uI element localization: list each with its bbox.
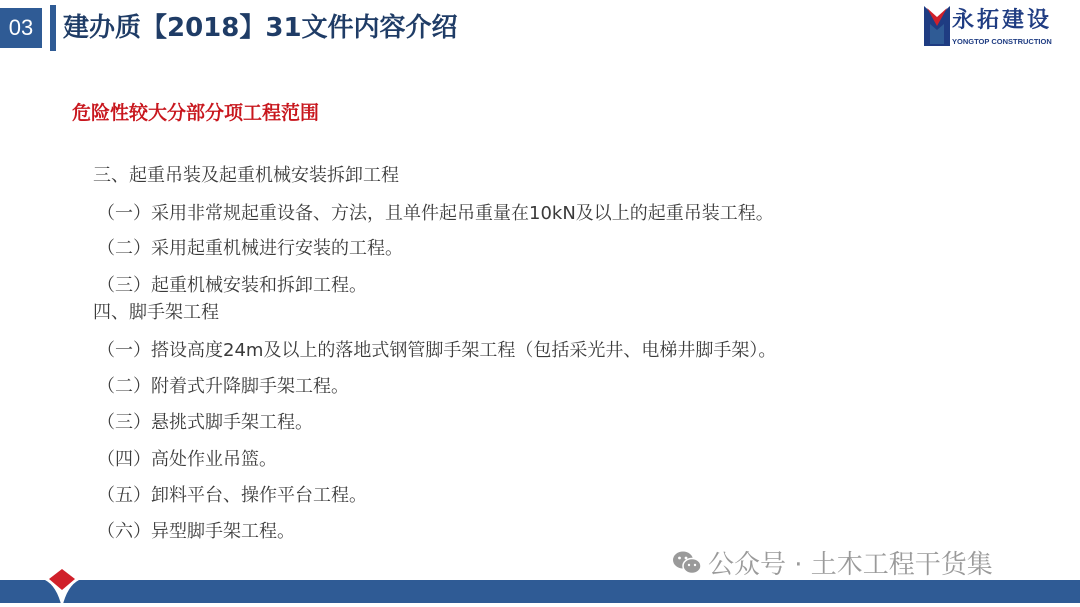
section-title: 危险性较大分部分项工程范围	[72, 98, 319, 125]
list-heading: 三、起重吊装及起重机械安装拆卸工程	[93, 161, 399, 187]
list-item: （五）卸料平台、操作平台工程。	[97, 481, 367, 507]
logo-mark-icon	[924, 6, 950, 46]
watermark: 公众号 · 土木工程干货集	[672, 544, 993, 581]
list-item: （一）搭设高度24m及以上的落地式钢管脚手架工程（包括采光井、电梯井脚手架）。	[97, 336, 776, 362]
list-heading: 四、脚手架工程	[93, 298, 219, 324]
list-item: （六）异型脚手架工程。	[97, 517, 295, 543]
logo-name-cn: 永拓建设	[952, 6, 1052, 36]
footer-divider	[0, 603, 1080, 607]
wechat-icon	[672, 550, 702, 576]
company-logo: 永拓建设 YONGTOP CONSTRUCTION	[924, 6, 1074, 50]
list-item: （二）采用起重机械进行安装的工程。	[97, 234, 403, 260]
footer-bar	[0, 580, 1080, 603]
list-item: （四）高处作业吊篮。	[97, 445, 277, 471]
list-item: （三）起重机械安装和拆卸工程。	[97, 271, 367, 297]
watermark-text: 公众号 · 土木工程干货集	[708, 544, 993, 581]
logo-name-en: YONGTOP CONSTRUCTION	[952, 37, 1052, 46]
list-item: （三）悬挑式脚手架工程。	[97, 408, 313, 434]
page-title: 建办质【2018】31文件内容介绍	[63, 8, 458, 48]
footer-diamond-icon	[45, 566, 79, 607]
section-number-badge: 03	[0, 8, 42, 48]
list-item: （一）采用非常规起重设备、方法，且单件起吊重量在10kN及以上的起重吊装工程。	[97, 199, 774, 225]
list-item: （二）附着式升降脚手架工程。	[97, 372, 349, 398]
title-accent-bar	[50, 5, 56, 51]
